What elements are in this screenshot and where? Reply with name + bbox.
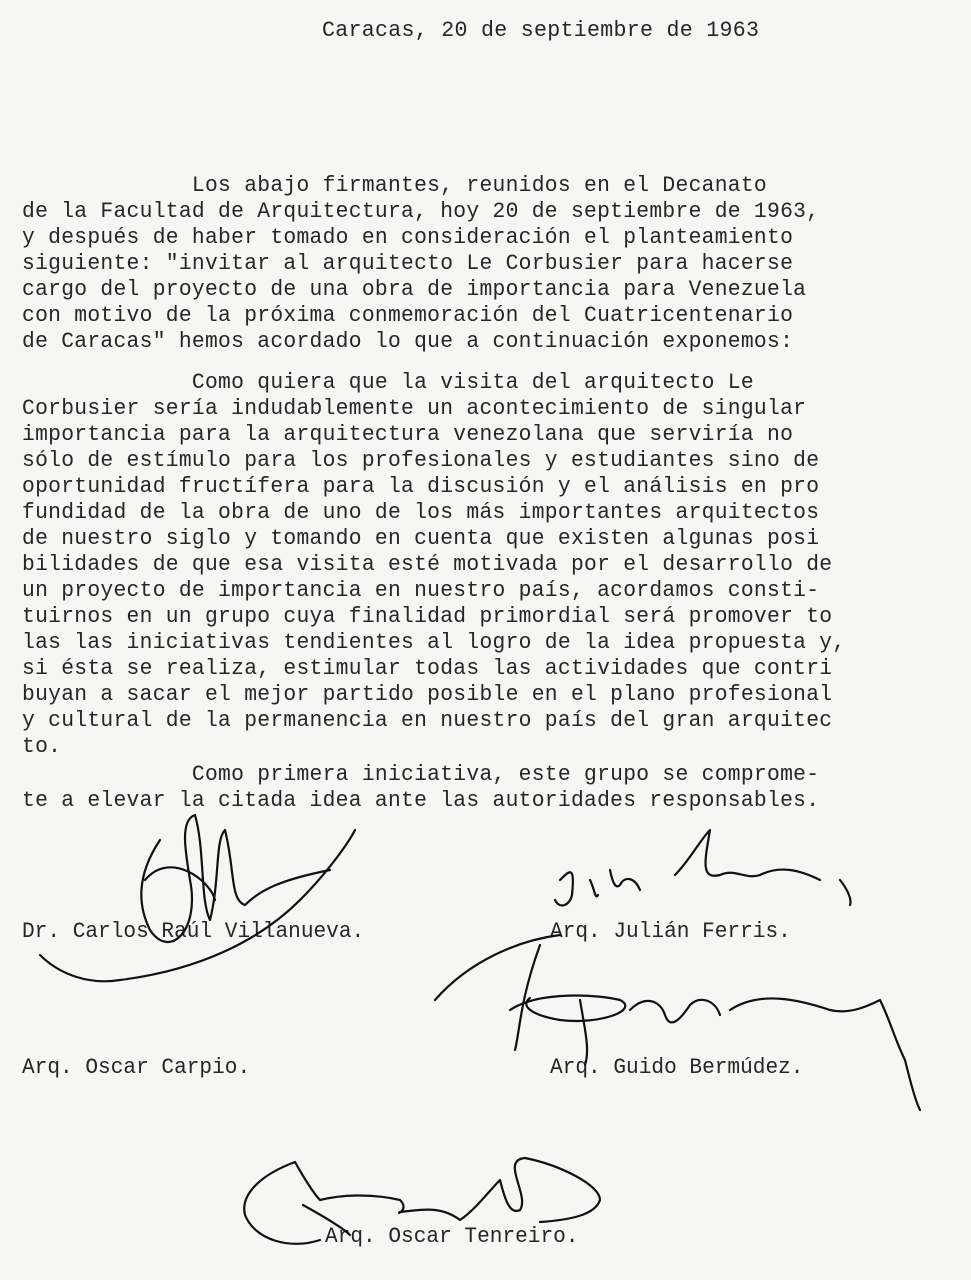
text-line: te a elevar la citada idea ante las auto… (22, 788, 819, 814)
text-line: y después de haber tomado en consideraci… (22, 225, 793, 251)
text-line: Los abajo firmantes, reunidos en el Deca… (22, 173, 767, 199)
text-line: to. (22, 734, 61, 760)
signature-bermudez (510, 996, 920, 1110)
text-line: bilidades de que esa visita esté motivad… (22, 552, 832, 578)
text-line: si ésta se realiza, estimular todas las … (22, 656, 832, 682)
text-line: cargo del proyecto de una obra de import… (22, 277, 806, 303)
text-line: y cultural de la permanencia en nuestro … (22, 708, 832, 734)
text-line: Como quiera que la visita del arquitecto… (22, 370, 754, 396)
text-line: importancia para la arquitectura venezol… (22, 422, 793, 448)
text-line: de nuestro siglo y tomando en cuenta que… (22, 526, 819, 552)
place-date: Caracas, 20 de septiembre de 1963 (322, 17, 759, 43)
signatory-name: Arq. Oscar Carpio. (22, 1055, 250, 1081)
text-line: las las iniciativas tendientes al logro … (22, 630, 845, 656)
text-line: un proyecto de importancia en nuestro pa… (22, 578, 819, 604)
text-line: tuirnos en un grupo cuya finalidad primo… (22, 604, 832, 630)
text-line: Como primera iniciativa, este grupo se c… (22, 762, 819, 788)
text-line: Corbusier sería indudablemente un aconte… (22, 396, 806, 422)
signatory-name: Dr. Carlos Raúl Villanueva. (22, 919, 364, 945)
text-line: oportunidad fructífera para la discusión… (22, 474, 819, 500)
text-line: de la Facultad de Arquitectura, hoy 20 d… (22, 199, 819, 225)
signatory-name: Arq. Julián Ferris. (550, 919, 791, 945)
text-line: sólo de estímulo para los profesionales … (22, 448, 819, 474)
text-line: de Caracas" hemos acordado lo que a cont… (22, 329, 793, 355)
text-line: con motivo de la próxima conmemoración d… (22, 303, 793, 329)
signature-villanueva (40, 815, 355, 981)
signatory-name: Arq. Oscar Tenreiro. (325, 1224, 578, 1250)
signatory-name: Arq. Guido Bermúdez. (550, 1055, 803, 1081)
text-line: buyan a sacar el mejor partido posible e… (22, 682, 832, 708)
text-line: fundidad de la obra de uno de los más im… (22, 500, 819, 526)
letter-page: Caracas, 20 de septiembre de 1963 Los ab… (0, 0, 971, 1280)
text-line: siguiente: "invitar al arquitecto Le Cor… (22, 251, 793, 277)
